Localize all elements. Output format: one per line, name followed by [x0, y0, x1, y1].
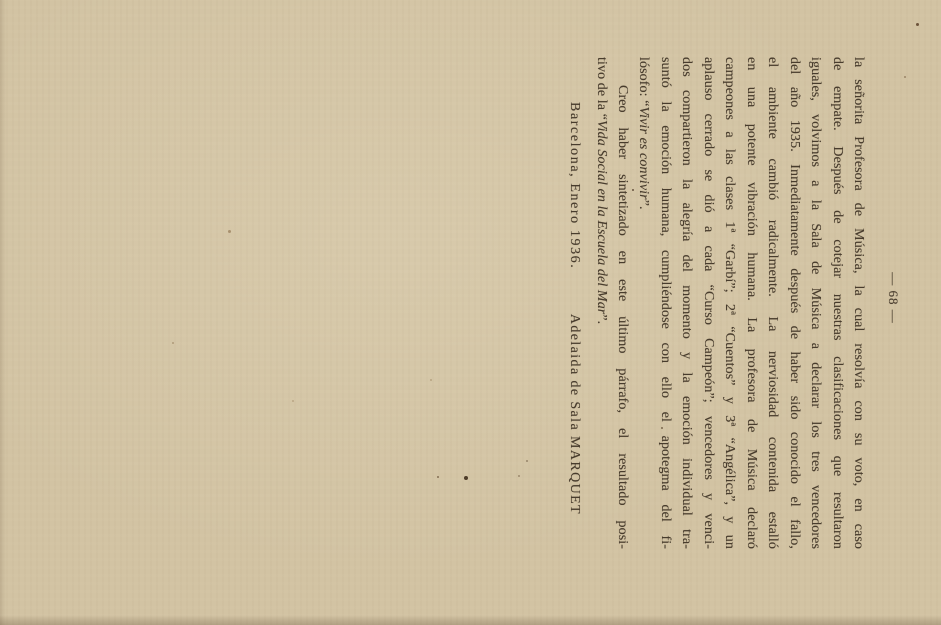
signature-text: Adelaida de Sala MARQUET — [563, 314, 585, 515]
text-line: suntó la emoción humana, cumpliéndose co… — [654, 57, 676, 549]
text-line: dos compartieron la alegría del momento … — [675, 57, 697, 549]
text-line: en una potente vibración humana. La prof… — [740, 57, 762, 549]
closing-line: Barcelona, Enero 1936. Adelaida de Sala … — [563, 57, 585, 549]
paper-speck — [292, 400, 294, 402]
paper-speck — [632, 189, 634, 191]
paper-speck — [904, 76, 906, 78]
text-line: de empate. Después de cotejar nuestras c… — [826, 57, 848, 549]
paper-speck — [518, 475, 520, 477]
text-line: campeones a las clases 1ª “Garbí”; 2ª “C… — [718, 57, 740, 549]
text-line: Creo haber sintetizado en este último pá… — [611, 57, 633, 549]
text-line: del año 1935. Inmediatamente después de … — [783, 57, 805, 549]
text-line: tivo de la “Vida Social en la Escuela de… — [590, 57, 612, 549]
paper-speck — [526, 460, 528, 462]
text-line: lósofo: “Vivir es convivir”. — [633, 57, 655, 549]
scanned-book-page: — 68 — la señorita Profesora de Música, … — [0, 0, 941, 625]
paper-speck — [172, 342, 174, 344]
paper-speck — [661, 427, 663, 429]
text-line: el ambiente cambió radicalmente. La nerv… — [761, 57, 783, 549]
paper-speck — [430, 379, 432, 381]
date-text: Barcelona, Enero 1936. — [563, 102, 585, 269]
paper-speck — [464, 476, 468, 480]
rotated-page: — 68 — la señorita Profesora de Música, … — [0, 0, 941, 625]
text-line: iguales, volvimos a la Sala de Música a … — [804, 57, 826, 549]
text-line: aplauso cerrado se dió a cada “Curso Cam… — [697, 57, 719, 549]
text-line: la señorita Profesora de Música, la cual… — [847, 57, 869, 549]
paper-speck — [916, 23, 919, 26]
paper-speck — [228, 230, 231, 233]
paper-speck — [437, 476, 439, 478]
page-number: — 68 — — [882, 253, 904, 343]
